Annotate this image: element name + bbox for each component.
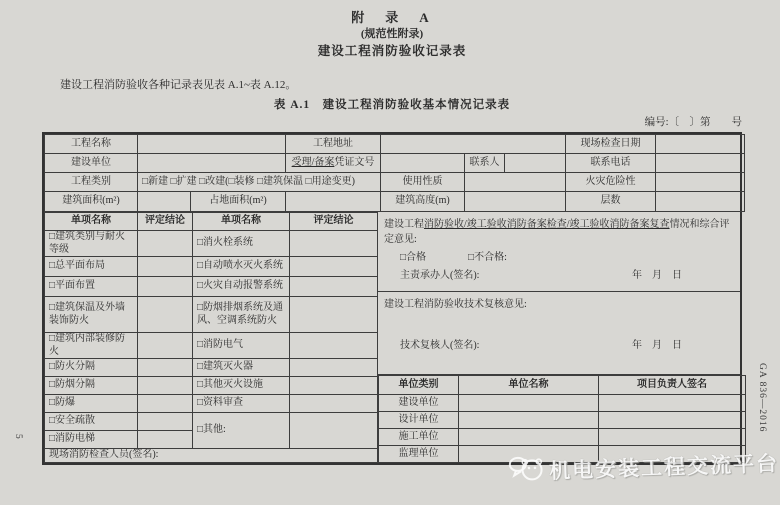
eval-result-cell	[138, 257, 193, 277]
appendix-title: 建设工程消防验收记录表	[42, 41, 742, 59]
project-address-label: 工程地址	[286, 135, 381, 154]
inspector-signature-row: 现场消防检查人员(签名):	[45, 449, 378, 463]
result-options-line: □合格□不合格:	[384, 248, 734, 263]
intro-text: 建设工程消防验收各种记录表见表 A.1~表 A.12。	[60, 76, 296, 92]
handler-date: 年 月 日	[632, 266, 682, 281]
checklist-item: □平面布置	[45, 277, 138, 297]
checklist-item: □其他:	[193, 413, 290, 449]
units-header-row: 单位类别 单位名称 项目负责人签名	[379, 376, 746, 395]
doc-no-value	[381, 154, 465, 173]
floor-area-value	[138, 192, 191, 212]
overall-opinion-section: 建设工程消防验收/竣工验收消防备案检查/竣工验收消防备案复查情况和综合评定意见:…	[378, 212, 740, 292]
unit-leader-cell	[599, 395, 746, 412]
row-category: 工程类别 □新建 □扩建 □改建(□装修 □建筑保温 □用途变更) 使用性质 火…	[45, 173, 745, 192]
row-build-unit: 建设单位 受理/备案凭证文号 联系人 联系电话	[45, 154, 745, 173]
site-area-value	[286, 192, 381, 212]
doc-no-rest: 凭证文号	[334, 157, 374, 168]
eval-result-cell	[290, 231, 378, 257]
category-label: 工程类别	[45, 173, 138, 192]
eval-result-cell	[290, 333, 378, 359]
column-header: 评定结论	[138, 213, 193, 231]
eval-result-cell	[290, 377, 378, 395]
site-check-date-value	[656, 135, 745, 154]
checklist-row: □防爆 □资料审查	[45, 395, 378, 413]
eval-result-cell	[138, 377, 193, 395]
checklist-table: 单项名称 评定结论 单项名称 评定结论 □建筑类别与耐火等级 □消火栓系统 □总…	[44, 212, 378, 463]
contact-value	[505, 154, 566, 173]
checklist-row: □总平面布局 □自动喷水灭火系统	[45, 257, 378, 277]
unit-row: 施工单位	[379, 429, 746, 446]
watermark-text: 机电安装工程交流平台	[549, 447, 780, 485]
checklist-row: □建筑保温及外墙装饰防火 □防烟排烟系统及通风、空调系统防火	[45, 297, 378, 333]
tech-review-section: 建设工程消防验收技术复核意见: 技术复核人(签名): 年 月 日	[378, 292, 740, 375]
site-area-label: 占地面积(m²)	[191, 192, 286, 212]
row-areas: 建筑面积(m²) 占地面积(m²) 建筑高度(m) 层数	[45, 192, 745, 212]
fail-checkbox-option: □不合格:	[468, 252, 507, 263]
usage-label: 使用性质	[381, 173, 465, 192]
unit-leader-cell	[599, 412, 746, 429]
eval-result-cell	[290, 359, 378, 377]
project-name-label: 工程名称	[45, 135, 138, 154]
eval-result-cell	[138, 395, 193, 413]
doc-no-label: 受理/备案凭证文号	[286, 154, 381, 173]
unit-type: 施工单位	[379, 429, 459, 446]
checklist-item: □消防电梯	[45, 431, 138, 449]
appendix-note: (规范性附录)	[42, 25, 742, 41]
unit-name-cell	[459, 395, 599, 412]
reviewer-signature-line: 技术复核人(签名): 年 月 日	[400, 336, 682, 351]
unit-leader-cell	[599, 429, 746, 446]
column-header: 单项名称	[193, 213, 290, 231]
scanned-form-page: 附 录 A (规范性附录) 建设工程消防验收记录表 建设工程消防验收各种记录表见…	[0, 0, 780, 505]
table-title: 表 A.1 建设工程消防验收基本情况记录表	[42, 96, 742, 112]
handler-signature-label: 主责承办人(签名):	[400, 266, 479, 281]
eval-result-cell	[290, 395, 378, 413]
inspector-signature-label: 现场消防检查人员(签名):	[45, 449, 378, 463]
checklist-item: □防烟排烟系统及通风、空调系统防火	[193, 297, 290, 333]
checklist-row: □防烟分隔 □其他灭火设施	[45, 377, 378, 395]
column-header: 单位类别	[379, 376, 459, 395]
usage-value	[465, 173, 566, 192]
checklist-item: □火灾自动报警系统	[193, 277, 290, 297]
checklist-row: □安全疏散 □其他:	[45, 413, 378, 431]
tech-review-title: 建设工程消防验收技术复核意见:	[384, 295, 734, 310]
eval-result-cell	[138, 277, 193, 297]
appendix-label: 附 录 A	[42, 7, 742, 26]
checklist-row: □防火分隔 □建筑灭火器	[45, 359, 378, 377]
pass-checkbox-option: □合格	[400, 252, 426, 263]
panda-logo-icon	[507, 452, 544, 488]
unit-type: 监理单位	[379, 446, 459, 463]
checklist-item: □资料审查	[193, 395, 290, 413]
floors-value	[656, 192, 745, 212]
checklist-item: □防烟分隔	[45, 377, 138, 395]
column-header: 项目负责人签名	[599, 376, 746, 395]
fire-risk-label: 火灾危险性	[566, 173, 656, 192]
page-number: 5	[13, 434, 23, 450]
column-header: 评定结论	[290, 213, 378, 231]
eval-result-cell	[138, 231, 193, 257]
eval-result-cell	[290, 413, 378, 449]
opinion-underlined: 消防验收/竣工验收消防备案检查/竣工验收消防备案复查	[424, 219, 670, 230]
column-header: 单项名称	[45, 213, 138, 231]
unit-row: 建设单位	[379, 395, 746, 412]
contact-label: 联系人	[465, 154, 505, 173]
opinion-prefix: 建设工程	[384, 219, 424, 230]
checklist-item: □建筑内部装修防火	[45, 333, 138, 359]
column-header: 单位名称	[459, 376, 599, 395]
eval-result-cell	[290, 277, 378, 297]
unit-name-cell	[459, 412, 599, 429]
record-form-table: 工程名称 工程地址 现场检查日期 建设单位 受理/备案凭证文号 联系人 联系电话…	[42, 132, 742, 465]
checklist-item: □消防电气	[193, 333, 290, 359]
project-address-value	[381, 135, 566, 154]
height-label: 建筑高度(m)	[381, 192, 465, 212]
fire-risk-value	[656, 173, 745, 192]
checklist-item: □其他灭火设施	[193, 377, 290, 395]
serial-number-line: 编号:〔 〕第 号	[645, 114, 742, 129]
eval-result-cell	[290, 257, 378, 277]
reviewer-date: 年 月 日	[632, 336, 682, 351]
site-check-date-label: 现场检查日期	[566, 135, 656, 154]
reviewer-signature-label: 技术复核人(签名):	[400, 336, 479, 351]
checklist-item: □自动喷水灭火系统	[193, 257, 290, 277]
doc-no-underlined: 受理/备案	[292, 157, 335, 168]
unit-type: 建设单位	[379, 395, 459, 412]
checklist-item: □建筑类别与耐火等级	[45, 231, 138, 257]
checklist-item: □建筑保温及外墙装饰防火	[45, 297, 138, 333]
checklist-item: □总平面布局	[45, 257, 138, 277]
review-panel: 建设工程消防验收/竣工验收消防备案检查/竣工验收消防备案复查情况和综合评定意见:…	[377, 212, 740, 463]
checklist-row: □建筑类别与耐火等级 □消火栓系统	[45, 231, 378, 257]
checklist-header-row: 单项名称 评定结论 单项名称 评定结论	[45, 213, 378, 231]
floors-label: 层数	[566, 192, 656, 212]
unit-type: 设计单位	[379, 412, 459, 429]
phone-label: 联系电话	[566, 154, 656, 173]
handler-signature-line: 主责承办人(签名): 年 月 日	[400, 266, 682, 281]
eval-result-cell	[138, 431, 193, 449]
build-unit-value	[138, 154, 286, 173]
row-project-name: 工程名称 工程地址 现场检查日期	[45, 135, 745, 154]
checklist-item: □防火分隔	[45, 359, 138, 377]
category-options: □新建 □扩建 □改建(□装修 □建筑保温 □用途变更)	[138, 173, 381, 192]
checklist-panel: 单项名称 评定结论 单项名称 评定结论 □建筑类别与耐火等级 □消火栓系统 □总…	[44, 212, 377, 463]
build-unit-label: 建设单位	[45, 154, 138, 173]
checklist-item: □安全疏散	[45, 413, 138, 431]
floor-area-label: 建筑面积(m²)	[45, 192, 138, 212]
eval-result-cell	[138, 333, 193, 359]
checklist-item: □防爆	[45, 395, 138, 413]
eval-result-cell	[138, 413, 193, 431]
checklist-item: □消火栓系统	[193, 231, 290, 257]
height-value	[465, 192, 566, 212]
checklist-item: □建筑灭火器	[193, 359, 290, 377]
checklist-row: □平面布置 □火灾自动报警系统	[45, 277, 378, 297]
eval-result-cell	[138, 359, 193, 377]
eval-result-cell	[138, 297, 193, 333]
project-name-value	[138, 135, 286, 154]
overall-opinion-title: 建设工程消防验收/竣工验收消防备案检查/竣工验收消防备案复查情况和综合评定意见:	[384, 215, 734, 245]
unit-name-cell	[459, 429, 599, 446]
checklist-row: □建筑内部装修防火 □消防电气	[45, 333, 378, 359]
phone-value	[656, 154, 745, 173]
basic-info-table: 工程名称 工程地址 现场检查日期 建设单位 受理/备案凭证文号 联系人 联系电话…	[44, 134, 745, 212]
eval-result-cell	[290, 297, 378, 333]
unit-row: 设计单位	[379, 412, 746, 429]
